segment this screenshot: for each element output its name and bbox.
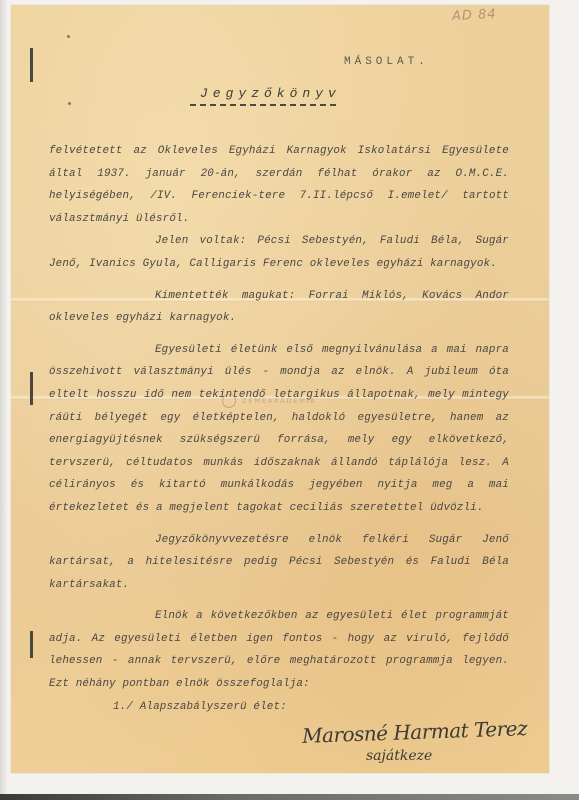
catalog-mark: AD 84 <box>452 7 497 24</box>
title-underline <box>190 104 336 106</box>
signature-note: sajátkeze <box>366 748 432 764</box>
paper-spot <box>68 102 71 105</box>
paragraph-excused: Kimentették magukat: Forrai Miklós, Ková… <box>49 285 509 330</box>
paragraph-attendees: Jelen voltak: Pécsi Sebestyén, Faludi Bé… <box>49 230 509 275</box>
copy-label: MÁSOLAT. <box>344 56 429 68</box>
scan-background-bottom <box>0 794 579 800</box>
document-title: Jegyzőkönyv <box>200 86 341 101</box>
watermark: ZEMEAKADÉMIA <box>222 394 316 408</box>
margin-mark-middle <box>30 372 33 405</box>
paragraph-header: felvétetett az Okleveles Egyházi Karnagy… <box>49 140 509 230</box>
list-item: 1./ Alapszabályszerü élet: <box>49 696 509 719</box>
document-body: felvétetett az Okleveles Egyházi Karnagy… <box>49 140 509 718</box>
watermark-text: ZEMEAKADÉMIA <box>242 397 316 405</box>
paragraph-opening: Egyesületi életünk első megnyilvánulása … <box>49 339 509 520</box>
seal-icon <box>222 394 236 408</box>
paper-spot <box>67 35 70 38</box>
paragraph-program: Elnök a következőkben az egyesületi élet… <box>49 605 509 695</box>
scan-background-left <box>0 0 8 794</box>
paragraph-minutes-keeper: Jegyzőkönyvvezetésre elnök felkéri Sugár… <box>49 529 509 597</box>
margin-mark-top <box>30 48 33 82</box>
margin-mark-bottom <box>30 631 33 658</box>
